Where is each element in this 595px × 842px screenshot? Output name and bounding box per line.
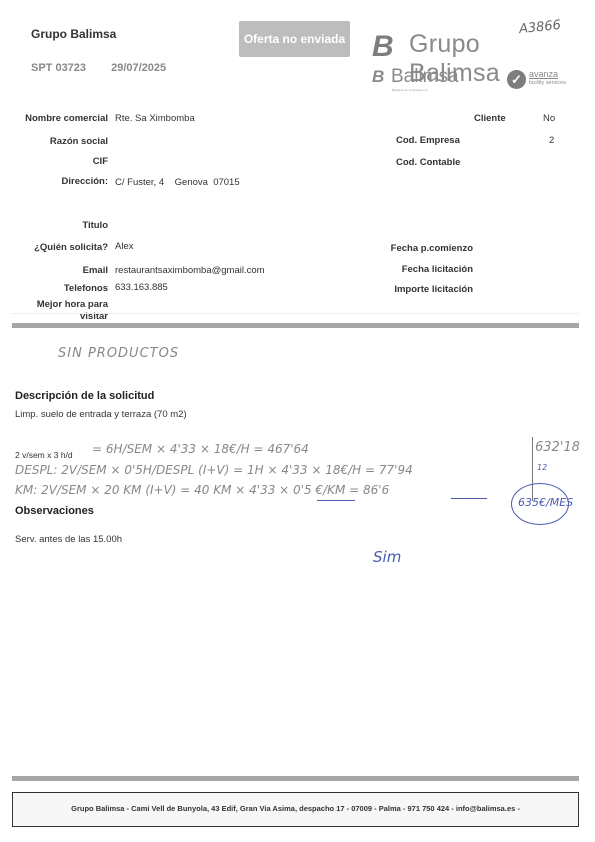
signature: Sim	[373, 548, 401, 566]
label-fecha-comienzo: Fecha p.comienzo	[391, 243, 473, 254]
label-fecha-licitacion: Fecha licitación	[402, 264, 473, 275]
reference-code: SPT 03723	[31, 62, 86, 74]
underline-rate	[317, 500, 355, 501]
balimsa-logo-text: Balimsa	[391, 66, 459, 88]
calc-line-2: DESPL: 2V/SEM × 0'5H/DESPL (I+V) = 1H × …	[15, 463, 413, 477]
total-amount: 635€/MES	[518, 496, 573, 509]
label-quien-solicita: ¿Quién solicita?	[34, 242, 108, 253]
value-quien-solicita: Alex	[115, 241, 133, 252]
value-cod-empresa: 2	[549, 135, 554, 146]
status-badge: Oferta no enviada	[239, 21, 350, 57]
calc-line-3: KM: 2V/SEM × 20 KM (I+V) = 40 KM × 4'33 …	[15, 483, 389, 497]
description-text: Limp. suelo de entrada y terraza (70 m2)	[15, 409, 187, 420]
label-email: Email	[83, 265, 108, 276]
underline-km-total	[451, 498, 487, 499]
label-mejor-hora: Mejor hora para visitar	[18, 299, 108, 323]
avanza-logo-text: avanza	[529, 69, 558, 79]
avanza-logo: ✓ avanza facility services	[507, 69, 572, 93]
description-title: Descripción de la solicitud	[15, 390, 154, 402]
calc-line-1: = 6H/SEM × 4'33 × 18€/H = 467'64	[92, 442, 309, 456]
avanza-logo-subtitle: facility services	[529, 80, 566, 86]
label-cliente: Cliente	[474, 113, 506, 124]
avanza-check-icon: ✓	[507, 70, 526, 89]
company-name: Grupo Balimsa	[31, 27, 116, 41]
frequency-text: 2 v/sem x 3 h/d	[15, 450, 73, 460]
balimsa-logo: B Balimsa Balsares de Limpiezas s.a.	[372, 67, 472, 93]
balimsa-b-icon: B	[372, 67, 384, 87]
label-telefonos: Telefonos	[64, 283, 108, 294]
value-email: restaurantsaximbomba@gmail.com	[115, 265, 265, 276]
subtotal: 632'18	[535, 440, 580, 455]
small-note: 12	[537, 463, 547, 472]
footer-box: Grupo Balimsa - Cami Vell de Bunyola, 43…	[12, 792, 579, 827]
reference-date: 29/07/2025	[111, 62, 166, 74]
footer-divider	[12, 776, 579, 781]
footer-address: Grupo Balimsa - Cami Vell de Bunyola, 43…	[13, 804, 578, 813]
value-cliente: No	[543, 113, 555, 124]
label-cif: CIF	[93, 156, 108, 167]
reference-line: SPT 03723 29/07/2025	[31, 62, 188, 74]
value-nombre-comercial: Rte. Sa Ximbomba	[115, 113, 195, 124]
label-nombre-comercial: Nombre comercial	[25, 113, 108, 124]
label-titulo: Titulo	[82, 220, 108, 231]
handwritten-note: SIN PRODUCTOS	[58, 346, 179, 361]
label-importe-licitacion: Importe licitación	[394, 284, 473, 295]
balimsa-b-icon: B	[372, 30, 394, 64]
value-direccion: C/ Fuster, 4 Genova 07015	[115, 177, 240, 188]
balimsa-logo-subtitle: Balsares de Limpiezas s.a.	[392, 88, 428, 92]
label-razon-social: Razón social	[50, 136, 108, 147]
label-direccion: Dirección:	[62, 176, 108, 187]
label-cod-contable: Cod. Contable	[396, 157, 460, 168]
observations-title: Observaciones	[15, 505, 94, 517]
observations-text: Serv. antes de las 15.00h	[15, 534, 122, 545]
divider-thin	[12, 313, 579, 314]
section-divider	[12, 323, 579, 328]
value-telefonos: 633.163.885	[115, 282, 168, 293]
label-cod-empresa: Cod. Empresa	[396, 135, 460, 146]
